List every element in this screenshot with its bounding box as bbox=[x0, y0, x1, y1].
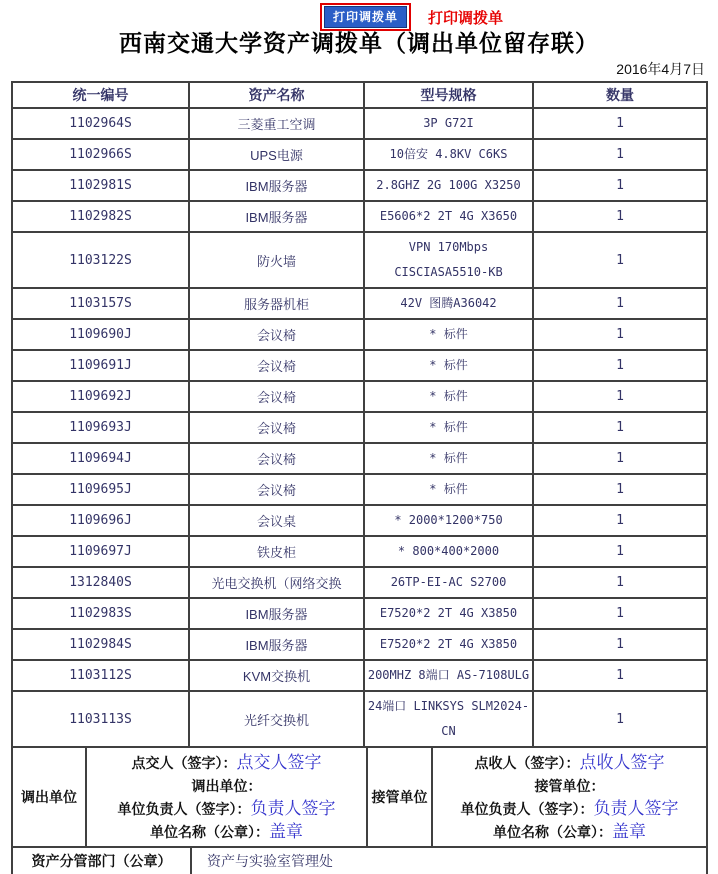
table-row: 1102964S三菱重工空调3P G72I1 bbox=[12, 108, 707, 139]
row-id-cell: 1102966S bbox=[12, 139, 189, 170]
row-asset-name-cell: 会议椅 bbox=[189, 381, 364, 412]
asset-dept-label: 资产分管部门（公章） bbox=[12, 847, 191, 874]
row-qty-cell: 1 bbox=[533, 350, 707, 381]
row-asset-name-cell: 服务器机柜 bbox=[189, 288, 364, 319]
row-qty-cell: 1 bbox=[533, 201, 707, 232]
row-asset-name-cell: IBM服务器 bbox=[189, 201, 364, 232]
table-row: 1102983SIBM服务器E7520*2 2T 4G X38501 bbox=[12, 598, 707, 629]
row-spec-cell: 26TP-EI-AC S2700 bbox=[364, 567, 533, 598]
row-asset-name-cell: IBM服务器 bbox=[189, 629, 364, 660]
take-over-unit-label: 接管单位 bbox=[367, 747, 432, 847]
signature-line: 点交人（签字）：点交人签字 bbox=[87, 751, 366, 774]
table-row: 1102984SIBM服务器E7520*2 2T 4G X38501 bbox=[12, 629, 707, 660]
table-row: 1109691J会议椅* 标件1 bbox=[12, 350, 707, 381]
row-id-cell: 1103122S bbox=[12, 232, 189, 288]
row-id-cell: 1102982S bbox=[12, 201, 189, 232]
print-button[interactable]: 打印调拨单 bbox=[324, 6, 407, 28]
row-spec-cell: * 标件 bbox=[364, 319, 533, 350]
row-id-cell: 1102983S bbox=[12, 598, 189, 629]
row-spec-cell: * 标件 bbox=[364, 412, 533, 443]
signature-row: 调出单位 点交人（签字）：点交人签字调出单位：单位负责人（签字）：负责人签字单位… bbox=[12, 747, 707, 847]
signature-line: 单位负责人（签字）：负责人签字 bbox=[87, 797, 366, 820]
table-row: 1102981SIBM服务器2.8GHZ 2G 100G X32501 bbox=[12, 170, 707, 201]
table-header-row: 统一编号 资产名称 型号规格 数量 bbox=[12, 82, 707, 108]
row-asset-name-cell: IBM服务器 bbox=[189, 170, 364, 201]
column-header-id: 统一编号 bbox=[12, 82, 189, 108]
table-row: 1102966SUPS电源10倍安 4.8KV C6KS1 bbox=[12, 139, 707, 170]
row-qty-cell: 1 bbox=[533, 381, 707, 412]
row-asset-name-cell: IBM服务器 bbox=[189, 598, 364, 629]
table-row: 1109696J会议桌* 2000*1200*7501 bbox=[12, 505, 707, 536]
print-label-text: 打印调拨单 bbox=[428, 7, 503, 28]
column-header-qty: 数量 bbox=[533, 82, 707, 108]
row-id-cell: 1109696J bbox=[12, 505, 189, 536]
transfer-out-unit-label: 调出单位 bbox=[12, 747, 86, 847]
row-id-cell: 1102981S bbox=[12, 170, 189, 201]
row-asset-name-cell: 会议椅 bbox=[189, 412, 364, 443]
row-asset-name-cell: UPS电源 bbox=[189, 139, 364, 170]
asset-transfer-form-page: 打印调拨单 打印调拨单 西南交通大学资产调拨单（调出单位留存联） 2016年4月… bbox=[0, 0, 718, 874]
row-spec-cell: 200MHZ 8端口 AS-7108ULG bbox=[364, 660, 533, 691]
row-id-cell: 1103157S bbox=[12, 288, 189, 319]
row-spec-cell: 10倍安 4.8KV C6KS bbox=[364, 139, 533, 170]
row-id-cell: 1109692J bbox=[12, 381, 189, 412]
signature-value[interactable]: 负责人签字 bbox=[251, 799, 336, 818]
row-qty-cell: 1 bbox=[533, 629, 707, 660]
row-asset-name-cell: 三菱重工空调 bbox=[189, 108, 364, 139]
table-row: 1102982SIBM服务器E5606*2 2T 4G X36501 bbox=[12, 201, 707, 232]
row-id-cell: 1312840S bbox=[12, 567, 189, 598]
table-row: 1109694J会议椅* 标件1 bbox=[12, 443, 707, 474]
row-asset-name-cell: KVM交换机 bbox=[189, 660, 364, 691]
row-spec-cell: E7520*2 2T 4G X3850 bbox=[364, 598, 533, 629]
signature-line: 单位负责人（签字）：负责人签字 bbox=[433, 797, 706, 820]
row-id-cell: 1102984S bbox=[12, 629, 189, 660]
signature-value[interactable]: 点交人签字 bbox=[237, 753, 322, 772]
row-qty-cell: 1 bbox=[533, 232, 707, 288]
signature-line: 单位名称（公章）：盖章 bbox=[433, 820, 706, 843]
table-row: 1103112SKVM交换机200MHZ 8端口 AS-7108ULG1 bbox=[12, 660, 707, 691]
signature-label: 单位名称（公章）： bbox=[150, 824, 269, 840]
row-spec-cell: 3P G72I bbox=[364, 108, 533, 139]
row-asset-name-cell: 会议椅 bbox=[189, 319, 364, 350]
row-qty-cell: 1 bbox=[533, 536, 707, 567]
row-spec-cell: 24端口 LINKSYS SLM2024-CN bbox=[364, 691, 533, 747]
table-row: 1109693J会议椅* 标件1 bbox=[12, 412, 707, 443]
signature-line: 单位名称（公章）：盖章 bbox=[87, 820, 366, 843]
row-asset-name-cell: 防火墙 bbox=[189, 232, 364, 288]
row-qty-cell: 1 bbox=[533, 139, 707, 170]
row-qty-cell: 1 bbox=[533, 108, 707, 139]
table-row: 1312840S光电交换机（网络交换26TP-EI-AC S27001 bbox=[12, 567, 707, 598]
row-qty-cell: 1 bbox=[533, 660, 707, 691]
signature-label: 单位负责人（签字）： bbox=[461, 801, 594, 817]
row-id-cell: 1102964S bbox=[12, 108, 189, 139]
signature-section: 调出单位 点交人（签字）：点交人签字调出单位：单位负责人（签字）：负责人签字单位… bbox=[11, 746, 708, 848]
signatures-left: 点交人（签字）：点交人签字调出单位：单位负责人（签字）：负责人签字单位名称（公章… bbox=[87, 748, 366, 846]
signature-label: 点交人（签字）： bbox=[132, 755, 237, 771]
row-spec-cell: VPN 170Mbps CISCIASA5510-KB bbox=[364, 232, 533, 288]
print-bar: 打印调拨单 打印调拨单 bbox=[320, 3, 503, 31]
row-asset-name-cell: 会议椅 bbox=[189, 443, 364, 474]
column-header-spec: 型号规格 bbox=[364, 82, 533, 108]
row-spec-cell: 42V 图腾A36042 bbox=[364, 288, 533, 319]
form-date: 2016年4月7日 bbox=[0, 59, 718, 79]
table-row: 1103122S防火墙VPN 170Mbps CISCIASA5510-KB1 bbox=[12, 232, 707, 288]
row-qty-cell: 1 bbox=[533, 443, 707, 474]
row-qty-cell: 1 bbox=[533, 170, 707, 201]
row-id-cell: 1109697J bbox=[12, 536, 189, 567]
row-id-cell: 1109695J bbox=[12, 474, 189, 505]
row-qty-cell: 1 bbox=[533, 505, 707, 536]
row-spec-cell: * 2000*1200*750 bbox=[364, 505, 533, 536]
row-spec-cell: * 标件 bbox=[364, 474, 533, 505]
row-asset-name-cell: 光纤交换机 bbox=[189, 691, 364, 747]
print-button-highlight-frame: 打印调拨单 bbox=[320, 3, 411, 31]
table-row: 1109697J铁皮柜* 800*400*20001 bbox=[12, 536, 707, 567]
table-row: 1109695J会议椅* 标件1 bbox=[12, 474, 707, 505]
row-id-cell: 1109694J bbox=[12, 443, 189, 474]
column-header-name: 资产名称 bbox=[189, 82, 364, 108]
signature-label: 调出单位： bbox=[192, 778, 262, 794]
row-qty-cell: 1 bbox=[533, 288, 707, 319]
table-row: 1109690J会议椅* 标件1 bbox=[12, 319, 707, 350]
signature-label: 点收人（签字）： bbox=[475, 755, 580, 771]
row-asset-name-cell: 会议桌 bbox=[189, 505, 364, 536]
row-spec-cell: E7520*2 2T 4G X3850 bbox=[364, 629, 533, 660]
signatures-right: 点收人（签字）：点收人签字接管单位：单位负责人（签字）：负责人签字单位名称（公章… bbox=[433, 748, 706, 846]
signature-label: 单位名称（公章）： bbox=[493, 824, 612, 840]
signature-label: 单位负责人（签字）： bbox=[118, 801, 251, 817]
asset-table-body: 1102964S三菱重工空调3P G72I11102966SUPS电源10倍安 … bbox=[12, 108, 707, 747]
table-row: 1109692J会议椅* 标件1 bbox=[12, 381, 707, 412]
signature-line: 调出单位： bbox=[87, 774, 366, 797]
row-id-cell: 1109691J bbox=[12, 350, 189, 381]
row-qty-cell: 1 bbox=[533, 691, 707, 747]
row-id-cell: 1103112S bbox=[12, 660, 189, 691]
row-asset-name-cell: 铁皮柜 bbox=[189, 536, 364, 567]
row-qty-cell: 1 bbox=[533, 567, 707, 598]
signature-value[interactable]: 盖章 bbox=[269, 822, 303, 841]
row-id-cell: 1109690J bbox=[12, 319, 189, 350]
asset-dept-value: 资产与实验室管理处 bbox=[191, 847, 707, 874]
row-spec-cell: * 标件 bbox=[364, 350, 533, 381]
row-spec-cell: E5606*2 2T 4G X3650 bbox=[364, 201, 533, 232]
table-row: 1103113S光纤交换机24端口 LINKSYS SLM2024-CN1 bbox=[12, 691, 707, 747]
row-spec-cell: * 标件 bbox=[364, 381, 533, 412]
table-row: 1103157S服务器机柜42V 图腾A360421 bbox=[12, 288, 707, 319]
row-asset-name-cell: 会议椅 bbox=[189, 350, 364, 381]
row-id-cell: 1103113S bbox=[12, 691, 189, 747]
signature-line: 接管单位： bbox=[433, 774, 706, 797]
row-spec-cell: 2.8GHZ 2G 100G X3250 bbox=[364, 170, 533, 201]
row-spec-cell: * 标件 bbox=[364, 443, 533, 474]
row-qty-cell: 1 bbox=[533, 474, 707, 505]
asset-table: 统一编号 资产名称 型号规格 数量 1102964S三菱重工空调3P G72I1… bbox=[11, 81, 708, 748]
signature-line: 点收人（签字）：点收人签字 bbox=[433, 751, 706, 774]
signature-value[interactable]: 盖章 bbox=[612, 822, 646, 841]
row-spec-cell: * 800*400*2000 bbox=[364, 536, 533, 567]
row-asset-name-cell: 会议椅 bbox=[189, 474, 364, 505]
row-asset-name-cell: 光电交换机（网络交换 bbox=[189, 567, 364, 598]
row-qty-cell: 1 bbox=[533, 412, 707, 443]
signature-value[interactable]: 点收人签字 bbox=[580, 753, 665, 772]
signature-label: 接管单位： bbox=[535, 778, 605, 794]
row-qty-cell: 1 bbox=[533, 319, 707, 350]
signature-value[interactable]: 负责人签字 bbox=[594, 799, 679, 818]
footer-row: 资产分管部门（公章） 资产与实验室管理处 bbox=[11, 846, 708, 874]
row-id-cell: 1109693J bbox=[12, 412, 189, 443]
row-qty-cell: 1 bbox=[533, 598, 707, 629]
